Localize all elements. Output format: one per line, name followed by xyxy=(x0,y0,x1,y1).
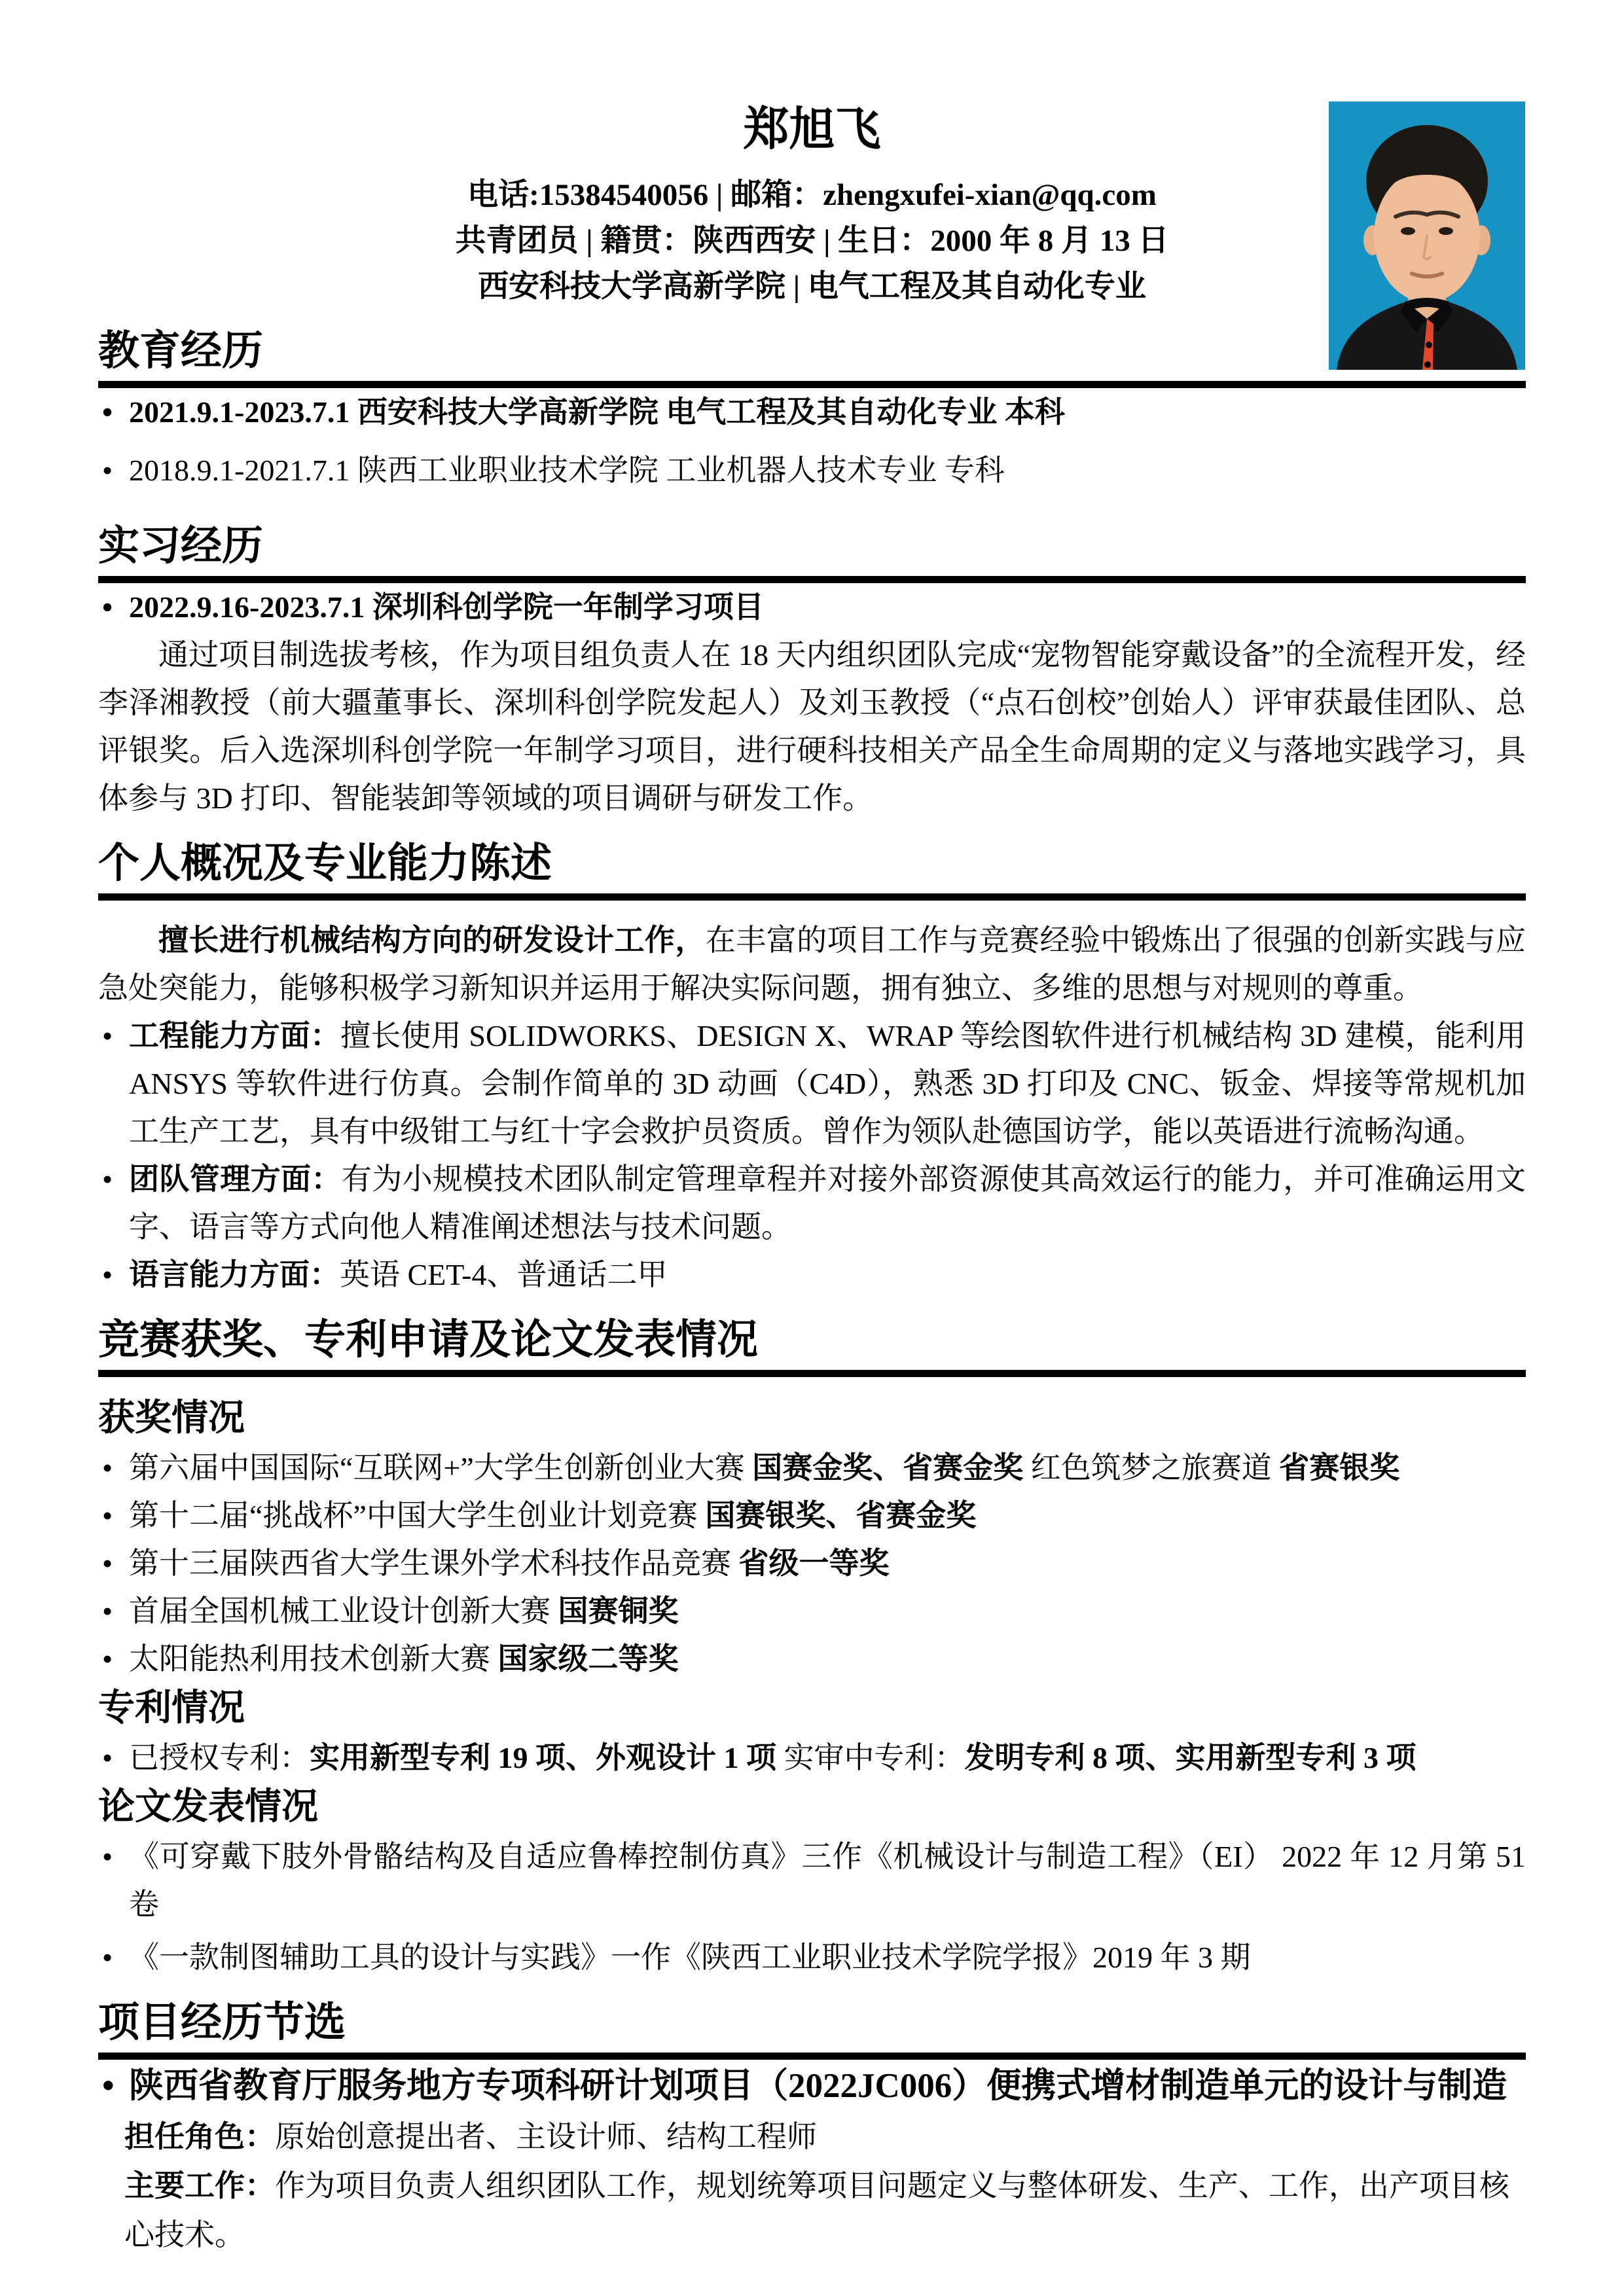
award-result: 国赛银奖、省赛金奖 xyxy=(705,1499,976,1532)
section-heading-education: 教育经历 xyxy=(98,329,1526,372)
award-result: 国赛金奖、省赛金奖 xyxy=(752,1451,1023,1484)
skill-label: 语言能力方面： xyxy=(129,1258,340,1291)
education-list: 2021.9.1-2023.7.1 西安科技大学高新学院 电气工程及其自动化专业… xyxy=(98,388,1526,494)
patent-text: 已授权专利： xyxy=(129,1741,310,1774)
education-item: 2021.9.1-2023.7.1 西安科技大学高新学院 电气工程及其自动化专业… xyxy=(98,388,1526,436)
papers-list: 《可穿戴下肢外骨骼结构及自适应鲁棒控制仿真》三作《机械设计与制造工程》（EI） … xyxy=(98,1833,1526,1981)
awards-list: 第六届中国国际“互联网+”大学生创新创业大赛 国赛金奖、省赛金奖 红色筑梦之旅赛… xyxy=(98,1444,1526,1683)
paper-item: 《可穿戴下肢外骨骼结构及自适应鲁棒控制仿真》三作《机械设计与制造工程》（EI） … xyxy=(98,1833,1526,1928)
section-achievements: 竞赛获奖、专利申请及论文发表情况 获奖情况 第六届中国国际“互联网+”大学生创新… xyxy=(98,1318,1526,1981)
award-item: 第十三届陕西省大学生课外学术科技作品竞赛 省级一等奖 xyxy=(98,1539,1526,1587)
section-projects: 项目经历节选 陕西省教育厅服务地方专项科研计划项目（2022JC006）便携式增… xyxy=(98,2001,1526,2259)
section-rule xyxy=(98,893,1526,901)
award-item: 第六届中国国际“互联网+”大学生创新创业大赛 国赛金奖、省赛金奖 红色筑梦之旅赛… xyxy=(98,1444,1526,1492)
project-role: 担任角色：原始创意提出者、主设计师、结构工程师 xyxy=(98,2112,1526,2161)
subheading-patents: 专利情况 xyxy=(98,1683,1526,1734)
education-item: 2018.9.1-2021.7.1 陕西工业职业技术学院 工业机器人技术专业 专… xyxy=(98,446,1526,494)
eye-left xyxy=(1401,227,1415,235)
button-bottom xyxy=(1424,361,1431,368)
project-title: 陕西省教育厅服务地方专项科研计划项目（2022JC006）便携式增材制造单元的设… xyxy=(98,2060,1526,2112)
award-result: 省级一等奖 xyxy=(739,1547,890,1580)
patent-text: 实审中专利： xyxy=(776,1741,965,1774)
award-text: 第十二届“挑战杯”中国大学生创业计划竞赛 xyxy=(129,1499,705,1532)
award-result: 国赛铜奖 xyxy=(558,1594,679,1628)
work-label: 主要工作： xyxy=(124,2169,275,2202)
skill-label: 工程能力方面： xyxy=(129,1019,340,1052)
section-education: 教育经历 2021.9.1-2023.7.1 西安科技大学高新学院 电气工程及其… xyxy=(98,329,1526,494)
subheading-papers: 论文发表情况 xyxy=(98,1782,1526,1833)
skill-label: 团队管理方面： xyxy=(129,1162,342,1196)
internship-title: 2022.9.16-2023.7.1 深圳科创学院一年制学习项目 xyxy=(98,583,1526,631)
subheading-awards: 获奖情况 xyxy=(98,1393,1526,1444)
patents-list: 已授权专利：实用新型专利 19 项、外观设计 1 项 实审中专利：发明专利 8 … xyxy=(98,1734,1526,1782)
role-text: 原始创意提出者、主设计师、结构工程师 xyxy=(275,2120,817,2153)
award-item: 首届全国机械工业设计创新大赛 国赛铜奖 xyxy=(98,1587,1526,1635)
award-text: 首届全国机械工业设计创新大赛 xyxy=(129,1594,558,1628)
profile-intro: 擅长进行机械结构方向的研发设计工作，在丰富的项目工作与竞赛经验中锻炼出了很强的创… xyxy=(98,916,1526,1012)
work-text: 作为项目负责人组织团队工作，规划统筹项目问题定义与整体研发、生产、工作，出产项目… xyxy=(124,2169,1509,2251)
skill-text: 英语 CET-4、普通话二甲 xyxy=(340,1258,667,1291)
contact-line-school-major: 西安科技大学高新学院 | 电气工程及其自动化专业 xyxy=(98,264,1526,310)
section-internship: 实习经历 2022.9.16-2023.7.1 深圳科创学院一年制学习项目 通过… xyxy=(98,524,1526,822)
id-photo xyxy=(1329,101,1525,370)
resume-page: 郑旭飞 电话:15384540056 | 邮箱：zhengxufei-xian@… xyxy=(0,0,1624,2296)
role-label: 担任角色： xyxy=(124,2120,275,2153)
internship-list: 2022.9.16-2023.7.1 深圳科创学院一年制学习项目 xyxy=(98,583,1526,631)
section-heading-projects: 项目经历节选 xyxy=(98,2001,1526,2044)
skill-item-language: 语言能力方面：英语 CET-4、普通话二甲 xyxy=(98,1251,1526,1299)
section-rule xyxy=(98,381,1526,388)
internship-description: 通过项目制选拔考核，作为项目组负责人在 18 天内组织团队完成“宠物智能穿戴设备… xyxy=(98,631,1526,822)
award-item: 太阳能热利用技术创新大赛 国家级二等奖 xyxy=(98,1635,1526,1683)
paper-item: 《一款制图辅助工具的设计与实践》一作《陕西工业职业技术学院学报》2019 年 3… xyxy=(98,1933,1526,1981)
section-rule xyxy=(98,1370,1526,1377)
button-top xyxy=(1426,342,1432,348)
contact-line-politics-birth: 共青团员 | 籍贯：陕西西安 | 生日：2000 年 8 月 13 日 xyxy=(98,218,1526,264)
award-text: 第十三届陕西省大学生课外学术科技作品竞赛 xyxy=(129,1547,739,1580)
skill-item-team: 团队管理方面：有为小规模技术团队制定管理章程并对接外部资源使其高效运行的能力，并… xyxy=(98,1155,1526,1251)
eye-right xyxy=(1439,227,1453,235)
award-text: 太阳能热利用技术创新大赛 xyxy=(129,1642,498,1676)
section-heading-profile: 个人概况及专业能力陈述 xyxy=(98,842,1526,885)
award-result: 省赛银奖 xyxy=(1279,1451,1399,1484)
profile-intro-lead: 擅长进行机械结构方向的研发设计工作， xyxy=(158,924,706,957)
patent-count: 实用新型专利 19 项、外观设计 1 项 xyxy=(310,1741,776,1774)
project-work: 主要工作：作为项目负责人组织团队工作，规划统筹项目问题定义与整体研发、生产、工作… xyxy=(98,2161,1526,2259)
profile-skill-list: 工程能力方面：擅长使用 SOLIDWORKS、DESIGN X、WRAP 等绘图… xyxy=(98,1012,1526,1299)
award-item: 第十二届“挑战杯”中国大学生创业计划竞赛 国赛银奖、省赛金奖 xyxy=(98,1492,1526,1539)
award-text: 第六届中国国际“互联网+”大学生创新创业大赛 xyxy=(129,1451,752,1484)
contact-line-phone-email: 电话:15384540056 | 邮箱：zhengxufei-xian@qq.c… xyxy=(98,172,1526,218)
patent-count: 发明专利 8 项、实用新型专利 3 项 xyxy=(965,1741,1416,1774)
section-heading-achievements: 竞赛获奖、专利申请及论文发表情况 xyxy=(98,1318,1526,1361)
section-rule xyxy=(98,576,1526,583)
section-heading-internship: 实习经历 xyxy=(98,524,1526,567)
patent-item: 已授权专利：实用新型专利 19 项、外观设计 1 项 实审中专利：发明专利 8 … xyxy=(98,1734,1526,1782)
section-profile: 个人概况及专业能力陈述 擅长进行机械结构方向的研发设计工作，在丰富的项目工作与竞… xyxy=(98,842,1526,1299)
section-rule xyxy=(98,2053,1526,2060)
candidate-name: 郑旭飞 xyxy=(98,105,1526,155)
award-text: 红色筑梦之旅赛道 xyxy=(1023,1451,1279,1484)
skill-item-engineering: 工程能力方面：擅长使用 SOLIDWORKS、DESIGN X、WRAP 等绘图… xyxy=(98,1012,1526,1155)
project-list: 陕西省教育厅服务地方专项科研计划项目（2022JC006）便携式增材制造单元的设… xyxy=(98,2060,1526,2112)
award-result: 国家级二等奖 xyxy=(498,1642,679,1676)
contact-block: 电话:15384540056 | 邮箱：zhengxufei-xian@qq.c… xyxy=(98,172,1526,310)
